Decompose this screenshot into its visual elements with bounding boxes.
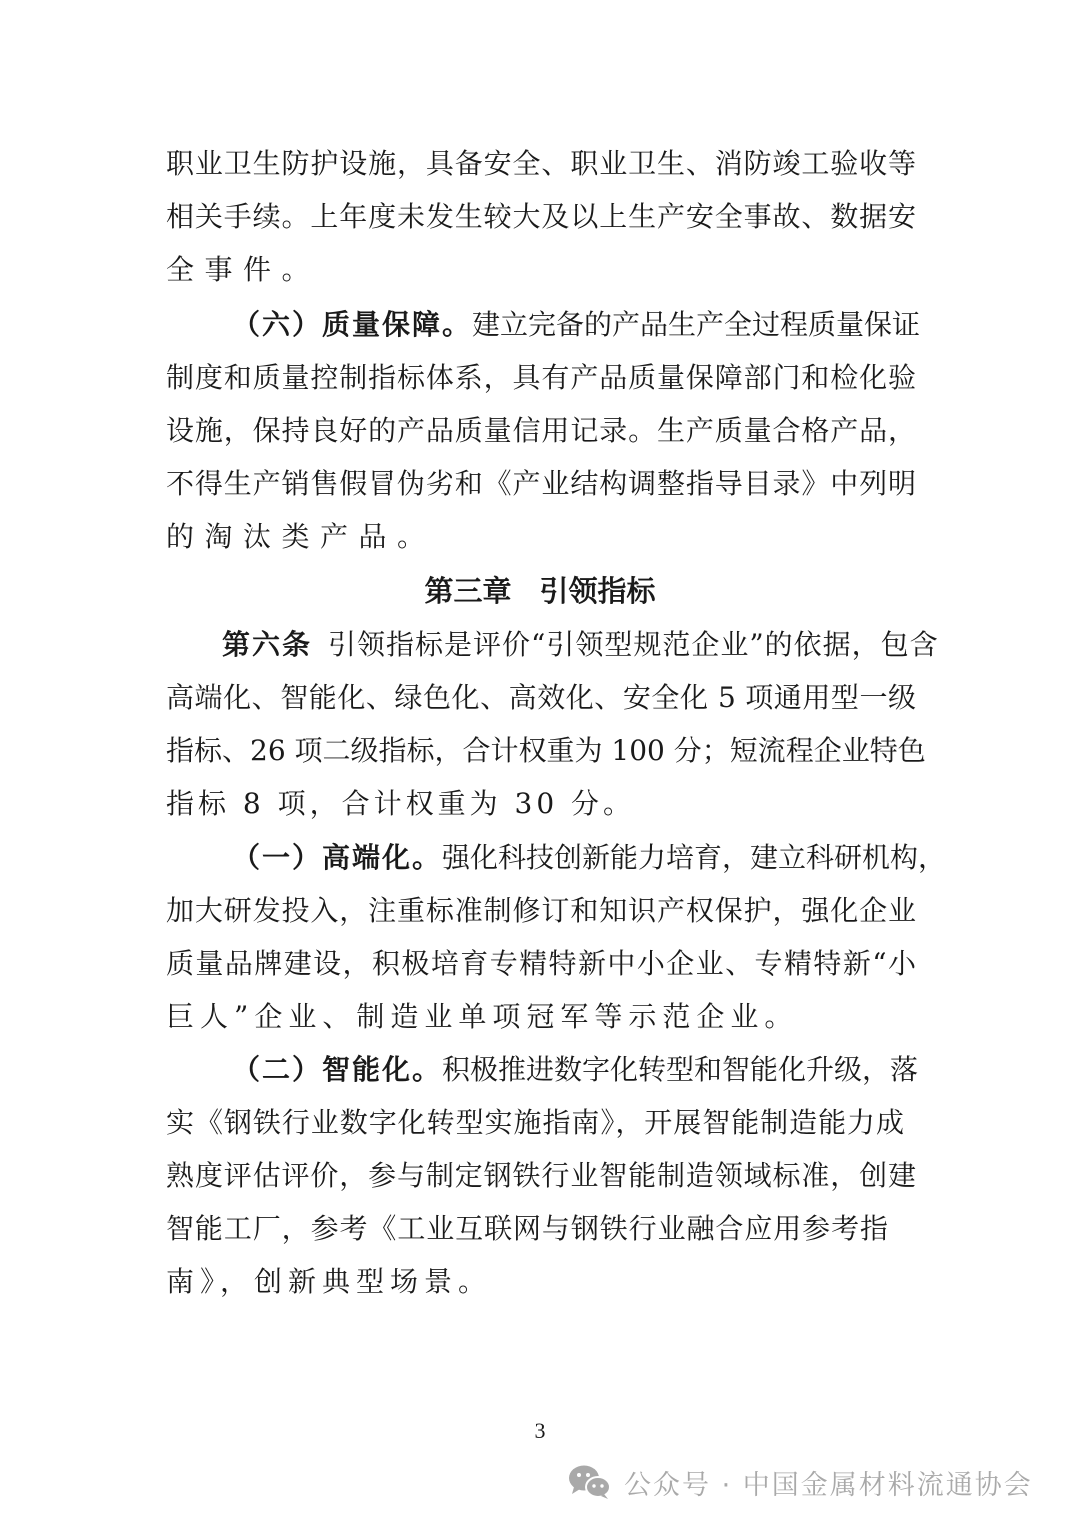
paragraph-line: （六）质量保障。 建立完备的产品生产全过程质量保证: [232, 298, 916, 351]
item-line: 熟度评估评价，参与制定钢铁行业智能制造领域标准，创建: [166, 1149, 916, 1202]
paragraph-line: 全事件。: [166, 243, 916, 296]
item-lead: （二）智能化。: [232, 1043, 442, 1096]
section-lead: （六）质量保障。: [232, 298, 472, 351]
paragraph-line: 职业卫生防护设施，具备安全、职业卫生、消防竣工验收等: [166, 137, 916, 190]
article-line: 高端化、智能化、绿色化、高效化、安全化 5 项通用型一级: [166, 671, 916, 724]
page-number: 3: [0, 1418, 1080, 1444]
chapter-heading: 第三章引领指标: [0, 565, 1080, 618]
paragraph-line: 的淘汰类产品。: [166, 510, 916, 563]
watermark-text: 公众号 · 中国金属材料流通协会: [624, 1463, 1033, 1502]
paragraph-line: 不得生产销售假冒伪劣和《产业结构调整指导目录》中列明: [166, 457, 916, 510]
chapter-number: 第三章: [424, 574, 511, 608]
watermark: 公众号 · 中国金属材料流通协会: [568, 1462, 1033, 1502]
item-line: 加大研发投入，注重标准制修订和知识产权保护，强化企业: [166, 884, 916, 937]
item-line: 智能工厂，参考《工业互联网与钢铁行业融合应用参考指: [166, 1202, 888, 1255]
wechat-icon: [568, 1464, 612, 1500]
article-lead: 第六条: [222, 618, 312, 671]
paragraph-line: 设施，保持良好的产品质量信用记录。生产质量合格产品，: [166, 404, 916, 457]
article-line: 指标、26 项二级指标，合计权重为 100 分；短流程企业特色: [166, 724, 916, 777]
item-lead: （一）高端化。: [232, 831, 442, 884]
article-line: 第六条 引领指标是评价“引领型规范企业”的依据，包含: [222, 618, 916, 671]
item-line: 质量品牌建设，积极培育专精特新中小企业、专精特新“小: [166, 937, 916, 990]
chapter-title: 引领指标: [540, 574, 656, 608]
paragraph-line: 相关手续。上年度未发生较大及以上生产安全事故、数据安: [166, 190, 916, 243]
item-line: 南》，创新典型场景。: [166, 1255, 916, 1308]
paragraph-line: 制度和质量控制指标体系，具有产品质量保障部门和检化验: [166, 351, 916, 404]
item-line: （二）智能化。 积极推进数字化转型和智能化升级，落: [232, 1043, 916, 1096]
item-line: 实《钢铁行业数字化转型实施指南》，开展智能制造能力成: [166, 1096, 904, 1149]
article-line: 指标 8 项，合计权重为 30 分。: [166, 777, 916, 830]
item-line: （一）高端化。 强化科技创新能力培育，建立科研机构，: [232, 831, 916, 884]
document-page: 职业卫生防护设施，具备安全、职业卫生、消防竣工验收等 相关手续。上年度未发生较大…: [0, 0, 1080, 1527]
item-line: 巨人”企业、制造业单项冠军等示范企业。: [166, 990, 916, 1043]
